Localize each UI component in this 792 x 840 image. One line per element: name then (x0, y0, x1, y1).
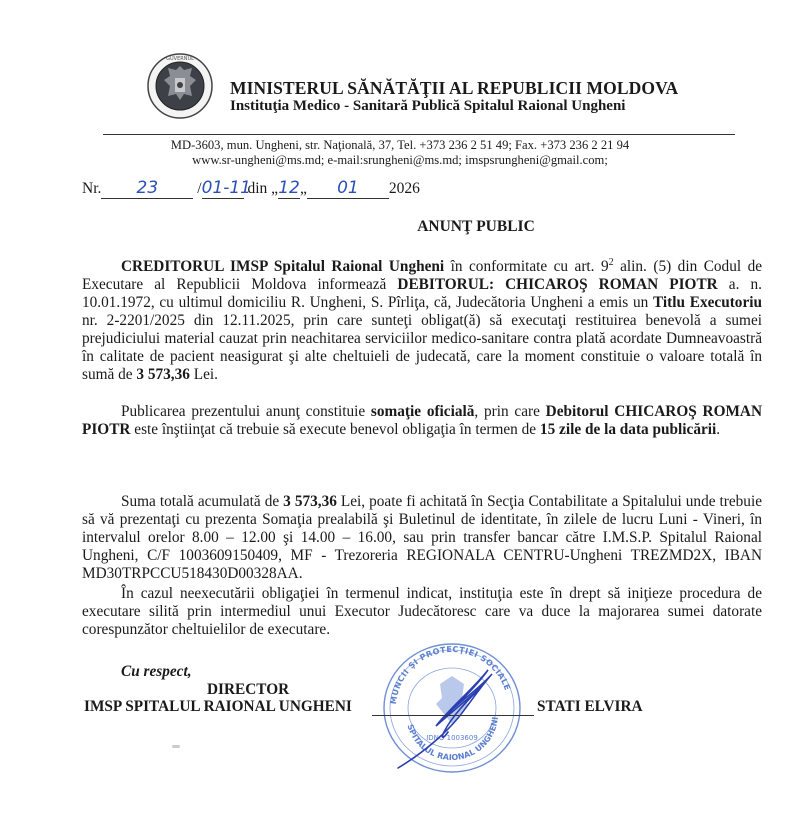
nr-field: 23 (101, 180, 193, 199)
institution-name: Instituţia Medico - Sanitară Publică Spi… (230, 98, 625, 115)
paragraph-payment: Suma totală acumulată de 3 573,36 Lei, p… (82, 493, 762, 583)
signature-line (372, 715, 534, 716)
total-amount: 3 573,36 (136, 366, 190, 383)
scan-smudge (172, 745, 180, 748)
signer-name: STATI ELVIRA (537, 698, 643, 716)
total-amount: 3 573,36 (283, 493, 337, 510)
creditor-name: CREDITORUL IMSP Spitalul Raional Ungheni (121, 258, 444, 275)
ministry-name: MINISTERUL SĂNĂTĂŢII AL REPUBLICII MOLDO… (230, 78, 678, 99)
state-coat-of-arms-emblem-icon: GUVERNUL (146, 52, 214, 120)
debtor-name: DEBITORUL: CHICAROŞ ROMAN PIOTR (397, 276, 717, 293)
official-round-stamp-icon: MUNCII ŞI PROTECŢIEI SOCIALE SPITALUL RA… (378, 640, 526, 776)
open-quote: „ (271, 180, 278, 197)
nr-value: 23 (137, 178, 159, 198)
header-divider (103, 134, 735, 135)
day-value: 12 (278, 178, 300, 198)
text: Publicarea prezentului anunţ constituie (121, 403, 371, 420)
code-value: 01-11 (202, 178, 251, 198)
text: , prin care (474, 403, 545, 420)
closing-respect: Cu respect, (121, 663, 192, 681)
text: Lei. (190, 366, 218, 383)
signer-role: DIRECTOR (207, 681, 289, 699)
titlu-executoriu: Titlu Executoriu (653, 294, 762, 311)
deadline-term: 15 zile de la data publicării (540, 421, 716, 438)
din-label: din (247, 180, 267, 197)
text: este înştiinţat că trebuie să execute be… (130, 421, 539, 438)
nr-label: Nr. (82, 180, 101, 197)
paragraph-notice: CREDITORUL IMSP Spitalul Raional Ungheni… (82, 258, 762, 384)
paragraph-enforcement: În cazul neexecutării obligaţiei în term… (82, 585, 762, 639)
paragraph-summons: Publicarea prezentului anunţ constituie … (82, 403, 762, 439)
day-field: 12 (278, 180, 300, 199)
text: Suma totală acumulată de (121, 493, 283, 510)
text: În cazul neexecutării obligaţiei în term… (82, 585, 762, 638)
text: . (716, 421, 720, 438)
svg-text:GUVERNUL: GUVERNUL (166, 56, 194, 62)
text: în conformitate cu art. 9 (444, 258, 608, 275)
svg-text:IDNO 1003609: IDNO 1003609 (426, 734, 478, 742)
code-field: 01-11 (202, 180, 244, 199)
official-summons: somaţie oficială (371, 403, 474, 420)
signer-institution: IMSP SPITALUL RAIONAL UNGHENI (84, 698, 352, 716)
reference-line: Nr.23 /01-11 din „12„012026 (82, 180, 420, 199)
contact-address-line: MD-3603, mun. Ungheni, str. Naţională, 3… (100, 138, 700, 153)
month-field: 01 (307, 180, 389, 199)
contact-email-line: www.sr-ungheni@ms.md; e-mail:srungheni@m… (100, 153, 700, 168)
year: 2026 (389, 180, 420, 197)
document-title: ANUNŢ PUBLIC (0, 218, 792, 236)
month-value: 01 (337, 178, 359, 198)
close-quote: „ (300, 180, 307, 197)
